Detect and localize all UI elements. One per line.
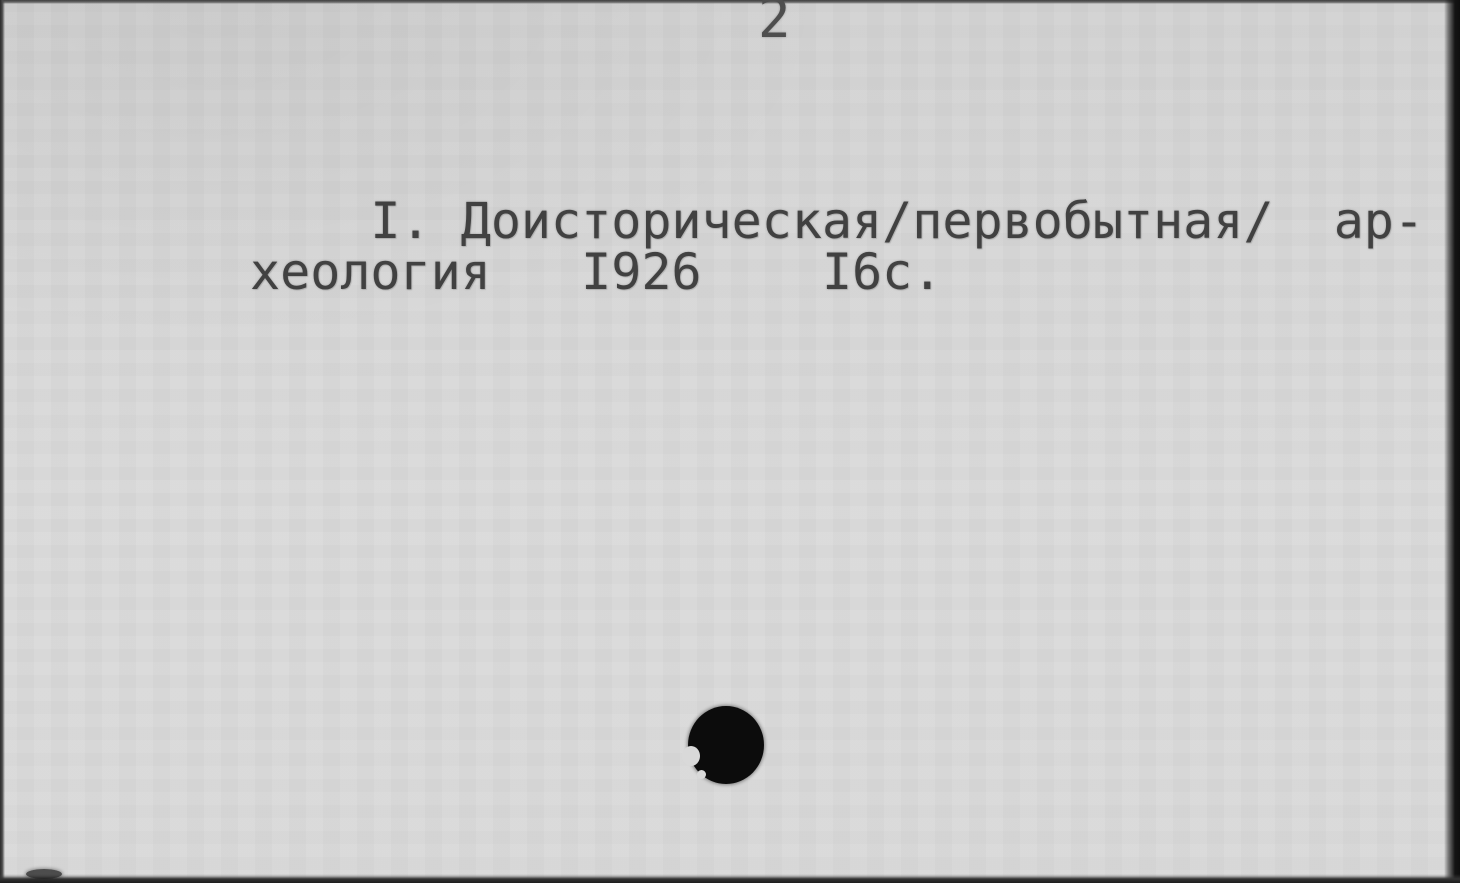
ink-dot-notch-small bbox=[697, 770, 706, 779]
scan-edge-top bbox=[0, 0, 1460, 4]
scan-edge-right bbox=[1444, 0, 1460, 883]
scan-edge-left bbox=[0, 0, 5, 883]
catalog-entry-text: I. Доисторическая/первобытная/ ар- хеоло… bbox=[250, 196, 1424, 298]
scanned-catalog-card: 2 I. Доисторическая/первобытная/ ар- хео… bbox=[0, 0, 1460, 883]
page-number: 2 bbox=[758, 0, 791, 46]
scan-corner-smudge bbox=[26, 869, 62, 879]
scan-edge-bottom bbox=[0, 874, 1460, 883]
ink-dot-notch bbox=[682, 746, 700, 766]
ink-dot-mark bbox=[688, 706, 764, 784]
